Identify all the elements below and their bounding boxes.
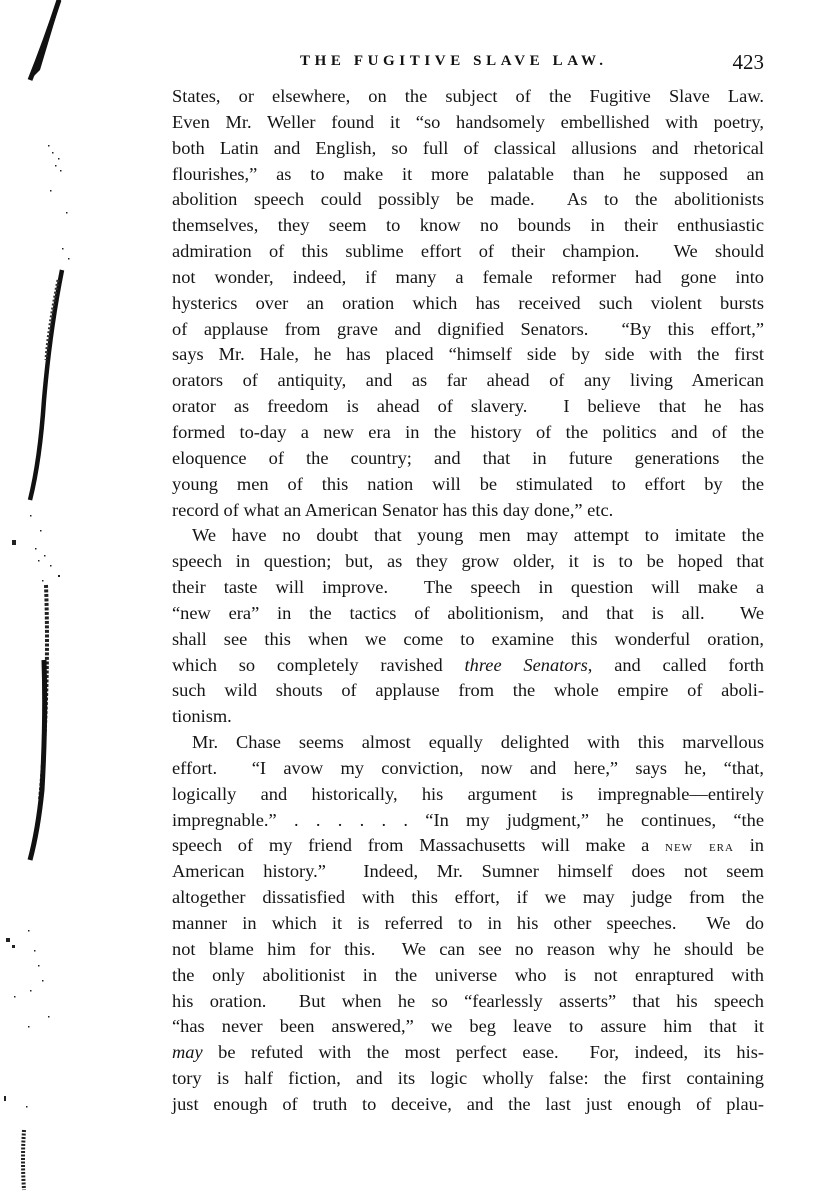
text-run: States, or elsewhere, on the subject of … [172,86,764,106]
text-run: We have no doubt that young men may atte… [192,525,764,545]
text-run: their taste will improve. The speech in … [172,577,764,597]
text-line: tionism. [172,704,764,730]
paragraph: Mr. Chase seems almost equally delighted… [172,730,764,1118]
text-run: hysterics over an oration which has rece… [172,293,764,313]
text-line: altogether dissatisfied with this effort… [172,885,764,911]
text-run: be refuted with the most perfect ease. F… [203,1042,764,1062]
text-run: Even Mr. Weller found it “so handsomely … [172,112,764,132]
text-line: We have no doubt that young men may atte… [172,523,764,549]
text-line: may be refuted with the most perfect eas… [172,1040,764,1066]
text-line: young men of this nation will be stimula… [172,472,764,498]
text-line: says Mr. Hale, he has placed “himself si… [172,342,764,368]
text-italic: three Senators [465,655,588,675]
text-run: eloquence of the country; and that in fu… [172,448,764,468]
text-run: both Latin and English, so full of class… [172,138,764,158]
text-line: such wild shouts of applause from the wh… [172,678,764,704]
text-line: States, or elsewhere, on the subject of … [172,84,764,110]
text-run: just enough of truth to deceive, and the… [172,1094,764,1114]
text-run: young men of this nation will be stimula… [172,474,764,494]
text-run: speech of my friend from Massachusetts w… [172,835,665,855]
running-title: THE FUGITIVE SLAVE LAW. [300,53,608,70]
text-line: logically and historically, his argument… [172,782,764,808]
text-run: not blame him for this. We can see no re… [172,939,764,959]
text-line: orators of antiquity, and as far ahead o… [172,368,764,394]
text-run: speech in question; but, as they grow ol… [172,551,764,571]
text-line: Even Mr. Weller found it “so handsomely … [172,110,764,136]
text-line: speech of my friend from Massachusetts w… [172,833,764,859]
text-line: American history.” Indeed, Mr. Sumner hi… [172,859,764,885]
text-run: Mr. Chase seems almost equally delighted… [192,732,764,752]
text-run: admiration of this sublime effort of the… [172,241,764,261]
text-line: Mr. Chase seems almost equally delighted… [172,730,764,756]
text-run: abolition speech could possibly be made.… [172,189,764,209]
text-line: themselves, they seem to know no bounds … [172,213,764,239]
text-run: “new era” in the tactics of abolitionism… [172,603,764,623]
text-run: formed to-day a new era in the history o… [172,422,764,442]
text-line: their taste will improve. The speech in … [172,575,764,601]
text-run: of applause from grave and dignified Sen… [172,319,764,339]
text-run: which so completely ravished [172,655,465,675]
text-line: both Latin and English, so full of class… [172,136,764,162]
text-line: hysterics over an oration which has rece… [172,291,764,317]
text-run: in [734,835,764,855]
text-line: of applause from grave and dignified Sen… [172,317,764,343]
text-line: manner in which it is referred to in his… [172,911,764,937]
text-line: his oration. But when he so “fearlessly … [172,989,764,1015]
text-run: altogether dissatisfied with this effort… [172,887,764,907]
text-run: “has never been answered,” we beg leave … [172,1016,764,1036]
text-run: record of what an American Senator has t… [172,500,613,520]
text-line: the only abolitionist in the universe wh… [172,963,764,989]
binding-gutter-artifact [0,0,70,1200]
text-run: logically and historically, his argument… [172,784,764,804]
text-smallcaps: new era [665,839,734,855]
text-run: orators of antiquity, and as far ahead o… [172,370,764,390]
page-number: 423 [733,50,765,75]
text-line: “has never been answered,” we beg leave … [172,1014,764,1040]
text-line: just enough of truth to deceive, and the… [172,1092,764,1118]
text-run: says Mr. Hale, he has placed “himself si… [172,344,764,364]
running-head: THE FUGITIVE SLAVE LAW. 423 [172,50,764,78]
text-run: tionism. [172,706,232,726]
text-line: impregnable.” . . . . . . “In my judgmen… [172,808,764,834]
text-run: not wonder, indeed, if many a female ref… [172,267,764,287]
text-run: tory is half fiction, and its logic whol… [172,1068,764,1088]
text-run: orator as freedom is ahead of slavery. I… [172,396,764,416]
text-line: effort. “I avow my conviction, now and h… [172,756,764,782]
text-run: flourishes,” as to make it more palatabl… [172,164,764,184]
text-line: admiration of this sublime effort of the… [172,239,764,265]
text-run: impregnable.” . . . . . . “In my judgmen… [172,810,764,830]
paragraph: States, or elsewhere, on the subject of … [172,84,764,523]
text-line: flourishes,” as to make it more palatabl… [172,162,764,188]
body-text: States, or elsewhere, on the subject of … [172,84,764,1118]
text-line: orator as freedom is ahead of slavery. I… [172,394,764,420]
scanned-book-page: THE FUGITIVE SLAVE LAW. 423 States, or e… [0,0,835,1200]
text-line: eloquence of the country; and that in fu… [172,446,764,472]
text-line: not wonder, indeed, if many a female ref… [172,265,764,291]
text-line: record of what an American Senator has t… [172,498,764,524]
text-run: , and called forth [588,655,764,675]
text-line: shall see this when we come to examine t… [172,627,764,653]
text-line: speech in question; but, as they grow ol… [172,549,764,575]
text-italic: may [172,1042,203,1062]
text-run: manner in which it is referred to in his… [172,913,764,933]
text-run: the only abolitionist in the universe wh… [172,965,764,985]
text-run: such wild shouts of applause from the wh… [172,680,764,700]
text-line: tory is half fiction, and its logic whol… [172,1066,764,1092]
text-run: shall see this when we come to examine t… [172,629,764,649]
text-line: abolition speech could possibly be made.… [172,187,764,213]
text-line: formed to-day a new era in the history o… [172,420,764,446]
text-run: effort. “I avow my conviction, now and h… [172,758,764,778]
text-run: his oration. But when he so “fearlessly … [172,991,764,1011]
text-line: “new era” in the tactics of abolitionism… [172,601,764,627]
text-line: which so completely ravished three Senat… [172,653,764,679]
text-run: American history.” Indeed, Mr. Sumner hi… [172,861,764,881]
text-line: not blame him for this. We can see no re… [172,937,764,963]
paragraph: We have no doubt that young men may atte… [172,523,764,730]
text-run: themselves, they seem to know no bounds … [172,215,764,235]
